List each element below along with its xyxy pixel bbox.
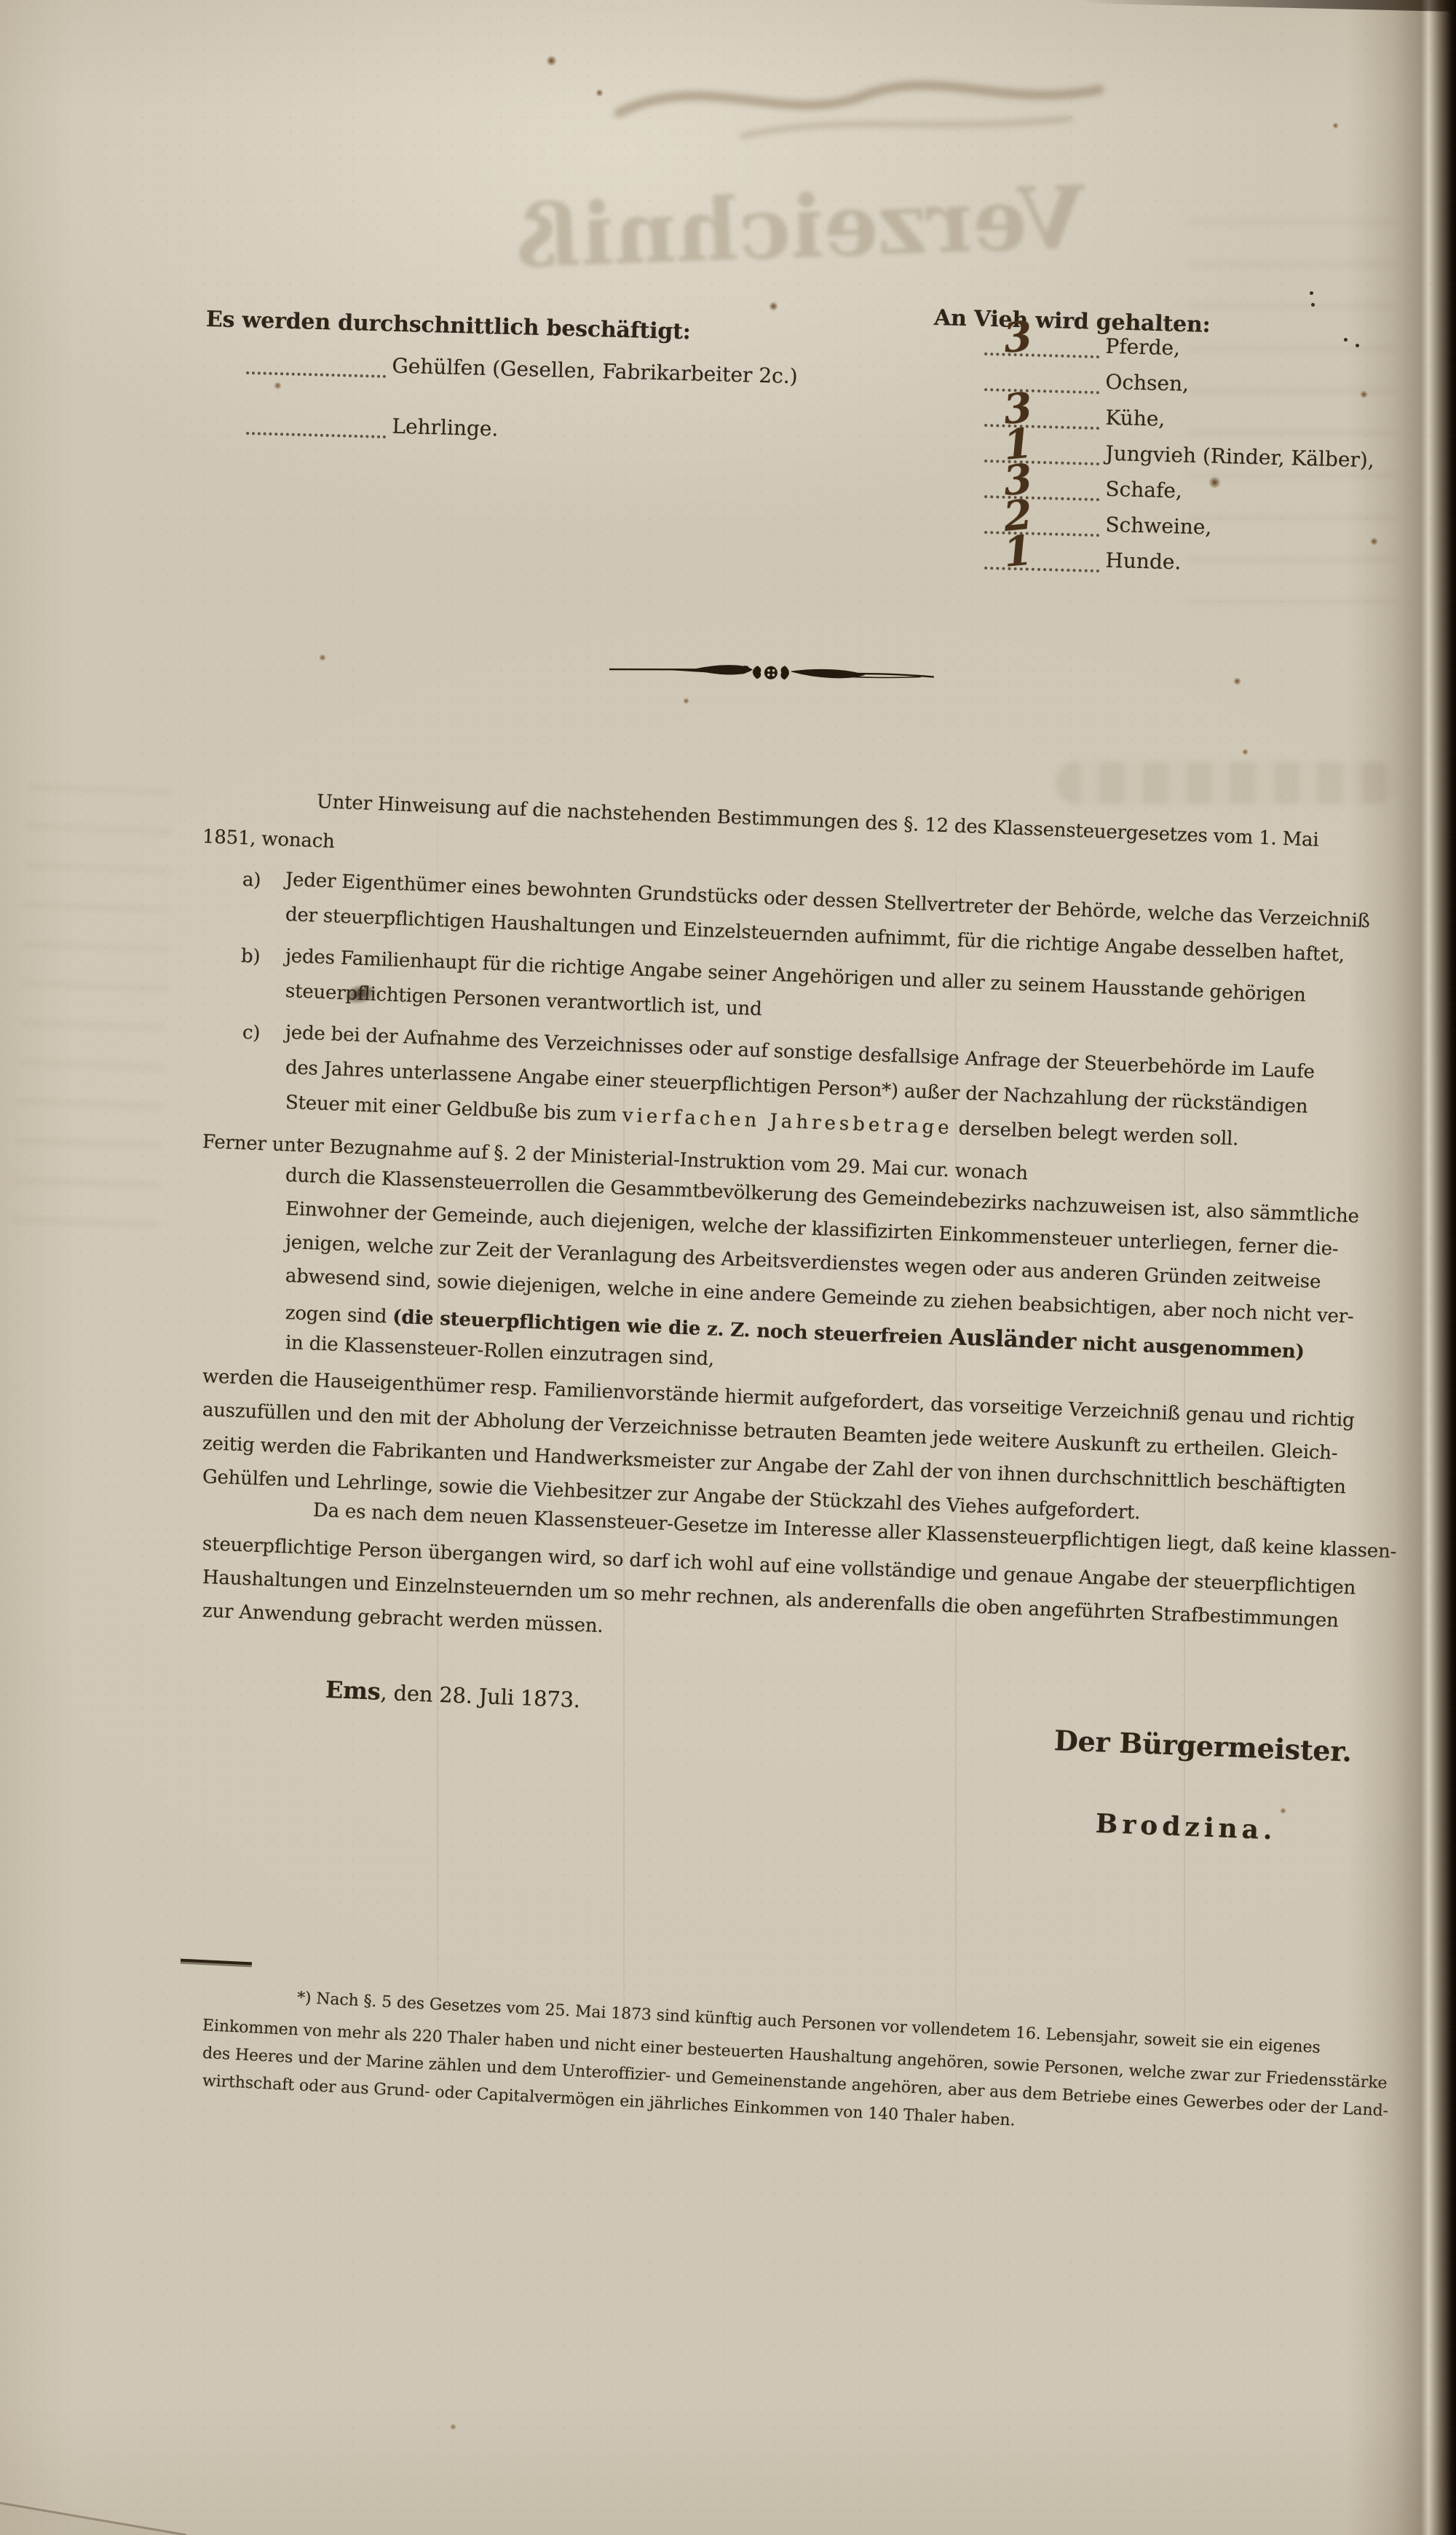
section-divider-ornament <box>607 653 935 692</box>
dotted-leader <box>246 409 387 438</box>
foxing-spot <box>1360 390 1368 398</box>
foxing-spot <box>450 2424 456 2430</box>
employment-label: Lehrlinge. <box>392 414 499 441</box>
footnote-rule <box>181 1959 252 1966</box>
rollen-line5-bold: nicht ausgenommen) <box>1075 1333 1305 1363</box>
foxing-spot <box>1208 476 1221 489</box>
livestock-row: 1 Jungvieh (Rinder, Kälber), <box>984 436 1374 476</box>
employment-row: Gehülfen (Gesellen, Fabrikarbeiter 2c.) <box>246 348 798 392</box>
employment-heading: Es werden durchschnittlich beschäftigt: <box>206 306 692 346</box>
page-corner-fold <box>0 2479 186 2535</box>
item-c-line3-pre: Steuer mit einer Geldbuße bis zum <box>285 1092 622 1127</box>
foxing-spot <box>769 301 778 311</box>
foxing-spot <box>319 654 326 661</box>
foxing-spot <box>546 55 557 66</box>
schluss-line: zur Anwendung gebracht werden müssen. <box>202 1599 604 1639</box>
item-b-marker: b) <box>240 945 261 969</box>
dateline: Ems, den 28. Juli 1873. <box>325 1675 580 1714</box>
item-c-line3-emphasis: vierfachen Jahresbetrage <box>622 1105 953 1139</box>
page-top-edge-shadow <box>1077 0 1456 12</box>
item-c-line3-post: derselben belegt werden soll. <box>952 1117 1239 1150</box>
page-right-edge-shadow <box>1347 0 1456 2535</box>
rollen-line5-auslaender: Ausländer <box>949 1324 1077 1355</box>
signature-title: Der Bürgermeister. <box>1053 1723 1353 1769</box>
ink-speck <box>1311 303 1315 307</box>
livestock-label: Kühe, <box>1105 406 1166 431</box>
item-b-line: steuerpflichtigen Personen verantwortlic… <box>285 979 762 1022</box>
handwritten-count: 1 <box>1002 529 1034 572</box>
dotted-leader <box>984 329 1100 358</box>
foxing-spot <box>274 382 282 390</box>
livestock-label: Ochsen, <box>1105 370 1189 396</box>
dotted-leader <box>246 348 387 378</box>
handwritten-count: 3 <box>1002 315 1034 358</box>
intro-line: Unter Hinweisung auf die nachstehenden B… <box>316 790 1319 852</box>
foxing-spot <box>1370 537 1378 545</box>
livestock-label: Pferde, <box>1105 334 1180 360</box>
foxing-spot <box>1242 749 1249 755</box>
bleedthrough-handwriting-scribble <box>597 40 1194 157</box>
intro-line: 1851, wonach <box>202 825 335 853</box>
bleedthrough-mirrored-title: Verzeichniß <box>464 165 1137 304</box>
foxing-spot <box>1233 677 1241 685</box>
employment-label: Gehülfen (Gesellen, Fabrikarbeiter 2c.) <box>392 354 798 389</box>
ink-speck <box>1356 344 1359 347</box>
bleedthrough-ghost-heading-line <box>1056 762 1398 804</box>
signature-name: Brodzina. <box>1095 1807 1277 1848</box>
livestock-label: Schweine, <box>1105 513 1212 540</box>
dateline-place: Ems <box>325 1676 381 1706</box>
livestock-label: Jungvieh (Rinder, Kälber), <box>1105 441 1374 473</box>
scanned-document-page: Verzeichniß Es werden durchschnittlich b… <box>0 0 1456 2535</box>
foxing-spot <box>1332 122 1339 129</box>
rollen-line5-pre: zogen sind <box>285 1302 393 1328</box>
employment-row: Lehrlinge. <box>246 409 499 444</box>
livestock-row: 3 Pferde, <box>984 329 1181 363</box>
bleedthrough-ghost-right-margin <box>1187 218 1398 612</box>
bleedthrough-ghost-left-margin <box>12 784 174 1241</box>
livestock-label: Hunde. <box>1105 548 1182 575</box>
item-c-marker: c) <box>242 1021 261 1045</box>
foxing-spot <box>596 89 604 97</box>
livestock-label: Schafe, <box>1105 477 1182 503</box>
livestock-row: 1 Hunde. <box>984 543 1182 577</box>
foxing-spot <box>1280 1807 1286 1814</box>
dateline-rest: , den 28. Juli 1873. <box>380 1680 581 1713</box>
foxing-spot <box>683 698 689 704</box>
ink-speck <box>1310 291 1313 295</box>
ink-speck <box>1344 338 1348 342</box>
item-a-marker: a) <box>242 868 261 892</box>
dotted-leader <box>984 543 1100 572</box>
